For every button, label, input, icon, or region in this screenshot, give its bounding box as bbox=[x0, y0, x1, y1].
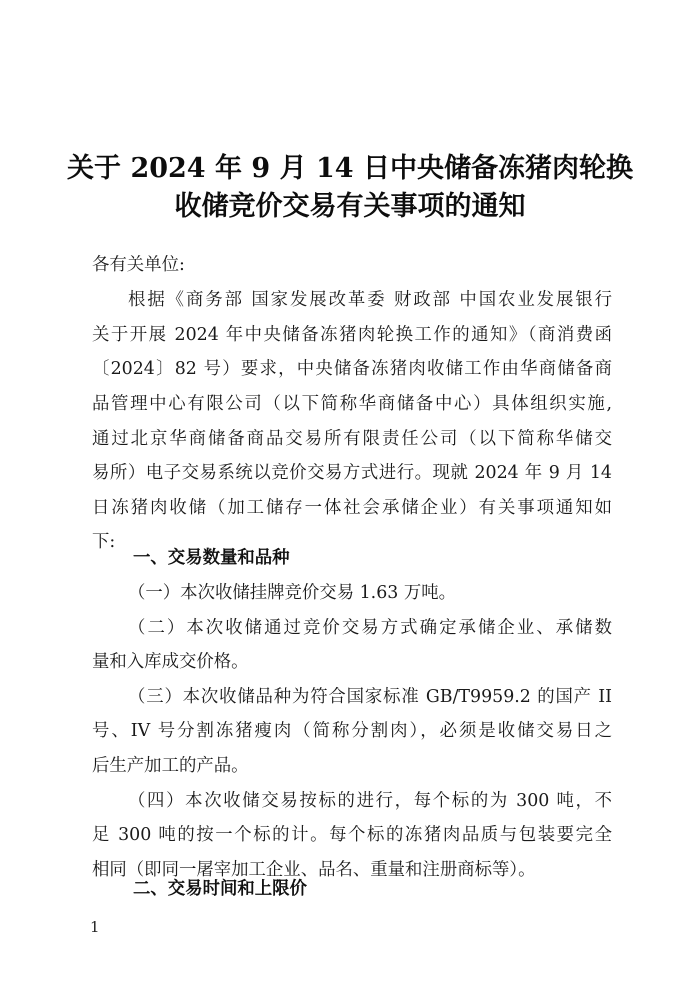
intro-line-5: 通过北京华商储备商品交易所有限责任公司（以下简称华储交 bbox=[92, 427, 612, 451]
section-1-heading: 一、交易数量和品种 bbox=[133, 546, 290, 570]
section-1-item-3-line-3: 后生产加工的产品。 bbox=[92, 754, 612, 778]
section-1-item-2-line-2: 量和入库成交价格。 bbox=[92, 650, 612, 674]
intro-line-7: 日冻猪肉收储（加工储存一体社会承储企业）有关事项通知如 bbox=[92, 496, 612, 520]
section-1-item-4-line-2: 足 300 吨的按一个标的计。每个标的冻猪肉品质与包装要完全 bbox=[92, 823, 612, 847]
document-title-line-1: 关于 2024 年 9 月 14 日中央储备冻猪肉轮换 bbox=[60, 146, 640, 185]
intro-line-4: 品管理中心有限公司（以下简称华商储备中心）具体组织实施, bbox=[92, 392, 612, 416]
section-1-item-3-line-1: （三）本次收储品种为符合国家标准 GB/T9959.2 的国产 II bbox=[128, 685, 612, 709]
section-1-item-2-line-1: （二）本次收储通过竞价交易方式确定承储企业、承储数 bbox=[128, 616, 612, 640]
section-1-item-4-line-1: （四）本次收储交易按标的进行，每个标的为 300 吨，不 bbox=[128, 789, 612, 813]
document-page: 关于 2024 年 9 月 14 日中央储备冻猪肉轮换 收储竞价交易有关事项的通… bbox=[0, 0, 700, 989]
intro-line-6: 易所）电子交易系统以竞价交易方式进行。现就 2024 年 9 月 14 bbox=[92, 461, 612, 485]
document-title-line-2: 收储竞价交易有关事项的通知 bbox=[60, 184, 640, 223]
intro-line-1: 根据《商务部 国家发展改革委 财政部 中国农业发展银行 bbox=[128, 288, 612, 312]
section-1-item-3-line-2: 号、IV 号分割冻猪瘦肉（简称分割肉），必须是收储交易日之 bbox=[92, 719, 612, 743]
salutation: 各有关单位: bbox=[92, 253, 612, 277]
page-number: 1 bbox=[90, 918, 100, 936]
intro-line-3: 〔2024〕82 号）要求，中央储备冻猪肉收储工作由华商储备商 bbox=[92, 357, 612, 381]
intro-line-2: 关于开展 2024 年中央储备冻猪肉轮换工作的通知》（商消费函 bbox=[92, 323, 612, 347]
section-1-item-1: （一）本次收储挂牌竞价交易 1.63 万吨。 bbox=[128, 581, 612, 605]
section-2-heading: 二、交易时间和上限价 bbox=[133, 877, 307, 901]
